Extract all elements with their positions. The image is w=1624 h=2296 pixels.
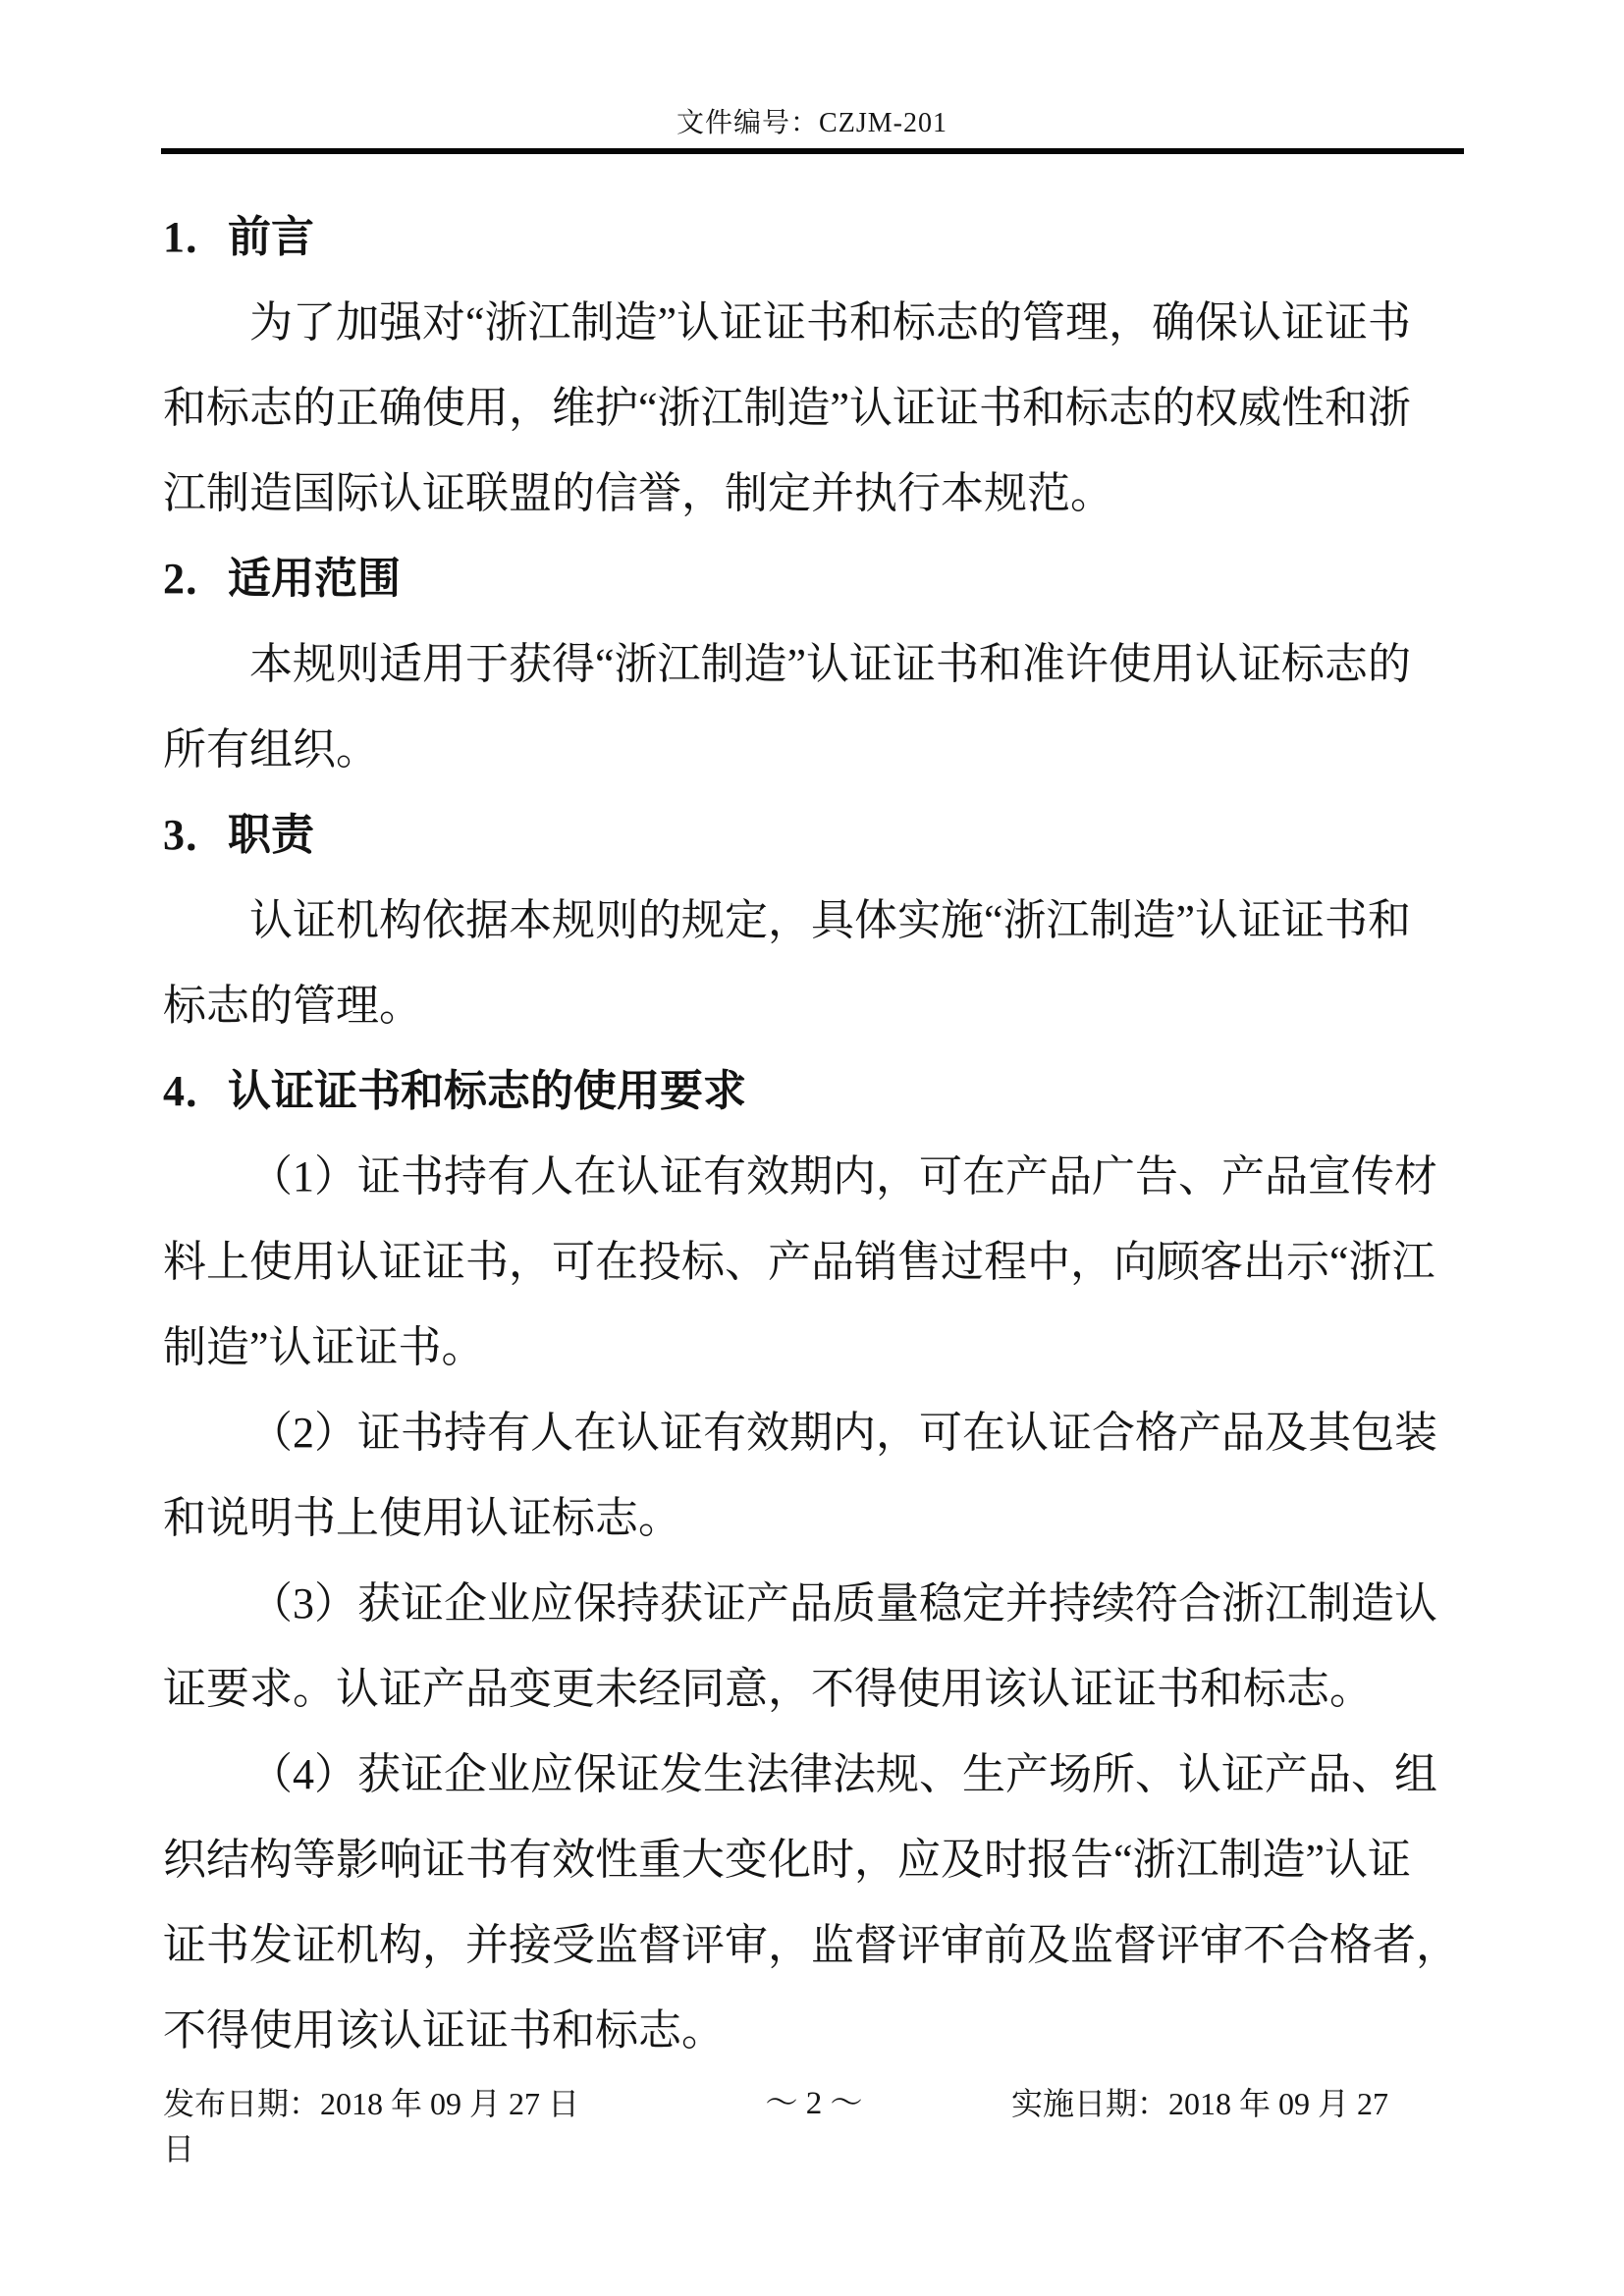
header-divider (161, 148, 1464, 154)
section-heading: 4．认证证书和标志的使用要求 (163, 1048, 1469, 1134)
text-line: 本规则适用于获得“浙江制造”认证证书和准许使用认证标志的 (163, 621, 1469, 707)
page-header: 文件编号：CZJM-201 (0, 104, 1624, 143)
text-line: 和说明书上使用认证标志。 (163, 1475, 1469, 1561)
page-number: ～ 2 ～ (766, 2081, 863, 2126)
text-line: 认证机构依据本规则的规定，具体实施“浙江制造”认证证书和 (163, 878, 1469, 963)
text-line: 江制造国际认证联盟的信誉，制定并执行本规范。 (163, 451, 1469, 536)
text-line: 证要求。认证产品变更未经同意，不得使用该认证证书和标志。 (163, 1646, 1469, 1732)
text-line: 料上使用认证证书，可在投标、产品销售过程中，向顾客出示“浙江 (163, 1219, 1469, 1305)
text-line: （1）证书持有人在认证有效期内，可在产品广告、产品宣传材 (163, 1134, 1469, 1219)
doc-number-label: 文件编号：CZJM-201 (677, 108, 947, 138)
text-line: 所有组织。 (163, 707, 1469, 792)
page-footer: 发布日期：2018 年 09 月 27 日 ～ 2 ～ 实施日期：2018 年 … (163, 2081, 1465, 2175)
section-heading: 2．适用范围 (163, 536, 1469, 621)
text-line: （2）证书持有人在认证有效期内，可在认证合格产品及其包装 (163, 1390, 1469, 1475)
text-line: 织结构等影响证书有效性重大变化时，应及时报告“浙江制造”认证 (163, 1817, 1469, 1902)
document-body: 1．前言 为了加强对“浙江制造”认证证书和标志的管理，确保认证证书 和标志的正确… (163, 194, 1469, 2073)
implement-date-label: 实施日期：2018 年 09 月 27 (1011, 2081, 1388, 2126)
section-heading: 1．前言 (163, 194, 1469, 280)
implement-date-wrap: 日 (163, 2126, 194, 2171)
section-heading: 3．职责 (163, 792, 1469, 878)
text-line: （4）获证企业应保证发生法律法规、生产场所、认证产品、组 (163, 1732, 1469, 1817)
text-line: 制造”认证证书。 (163, 1305, 1469, 1390)
text-line: （3）获证企业应保持获证产品质量稳定并持续符合浙江制造认 (163, 1561, 1469, 1646)
release-date-label: 发布日期：2018 年 09 月 27 日 (163, 2081, 579, 2126)
text-line: 不得使用该认证证书和标志。 (163, 1988, 1469, 2073)
text-line: 标志的管理。 (163, 963, 1469, 1048)
text-line: 证书发证机构，并接受监督评审，监督评审前及监督评审不合格者， (163, 1902, 1469, 1988)
document-page: 文件编号：CZJM-201 1．前言 为了加强对“浙江制造”认证证书和标志的管理… (0, 0, 1624, 2296)
text-line: 为了加强对“浙江制造”认证证书和标志的管理，确保认证证书 (163, 280, 1469, 365)
text-line: 和标志的正确使用，维护“浙江制造”认证证书和标志的权威性和浙 (163, 365, 1469, 451)
